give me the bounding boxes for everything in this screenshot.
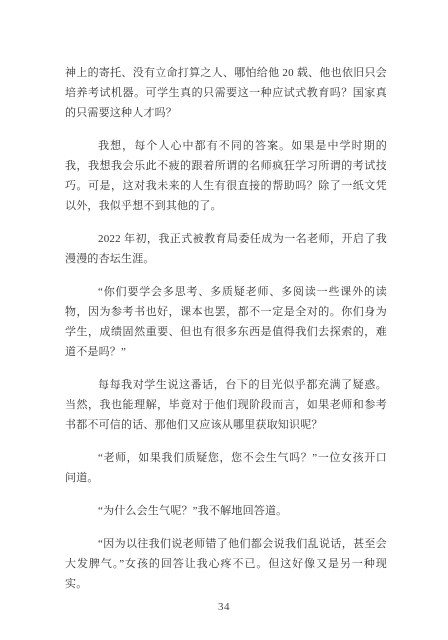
paragraph: 我想，每个人心中都有不同的答案。如果是中学时期的我，我想我会乐此不疲的跟着所谓的… <box>65 136 387 216</box>
page-footer: 34 <box>0 597 448 615</box>
page-number: 34 <box>218 601 230 613</box>
paragraph: “你们要学会多思考、多质疑老师、多阅读一些课外的读物，因为参考书也好，课本也罢，… <box>65 282 387 362</box>
text-block: 神上的寄托、没有立命打算之人、哪怕给他 20 载、他也依旧只会培养考试机器。可学… <box>65 63 387 607</box>
paragraph: “为什么会生气呢？”我不解地回答道。 <box>65 501 387 521</box>
paragraph: 2022 年初，我正式被教育局委任成为一名老师，开启了我漫漫的杏坛生涯。 <box>65 229 387 269</box>
paragraph: 每每我对学生说这番话，台下的目光似乎都充满了疑惑。当然，我也能理解，毕竟对于他们… <box>65 375 387 435</box>
paragraph: “因为以往我们说老师错了他们都会说我们乱说话，甚至会大发脾气。”女孩的回答让我心… <box>65 534 387 594</box>
document-page: 神上的寄托、没有立命打算之人、哪怕给他 20 载、他也依旧只会培养考试机器。可学… <box>0 0 448 640</box>
paragraph: 神上的寄托、没有立命打算之人、哪怕给他 20 载、他也依旧只会培养考试机器。可学… <box>65 63 387 123</box>
paragraph: “老师，如果我们质疑您，您不会生气吗？”一位女孩开口问道。 <box>65 448 387 488</box>
